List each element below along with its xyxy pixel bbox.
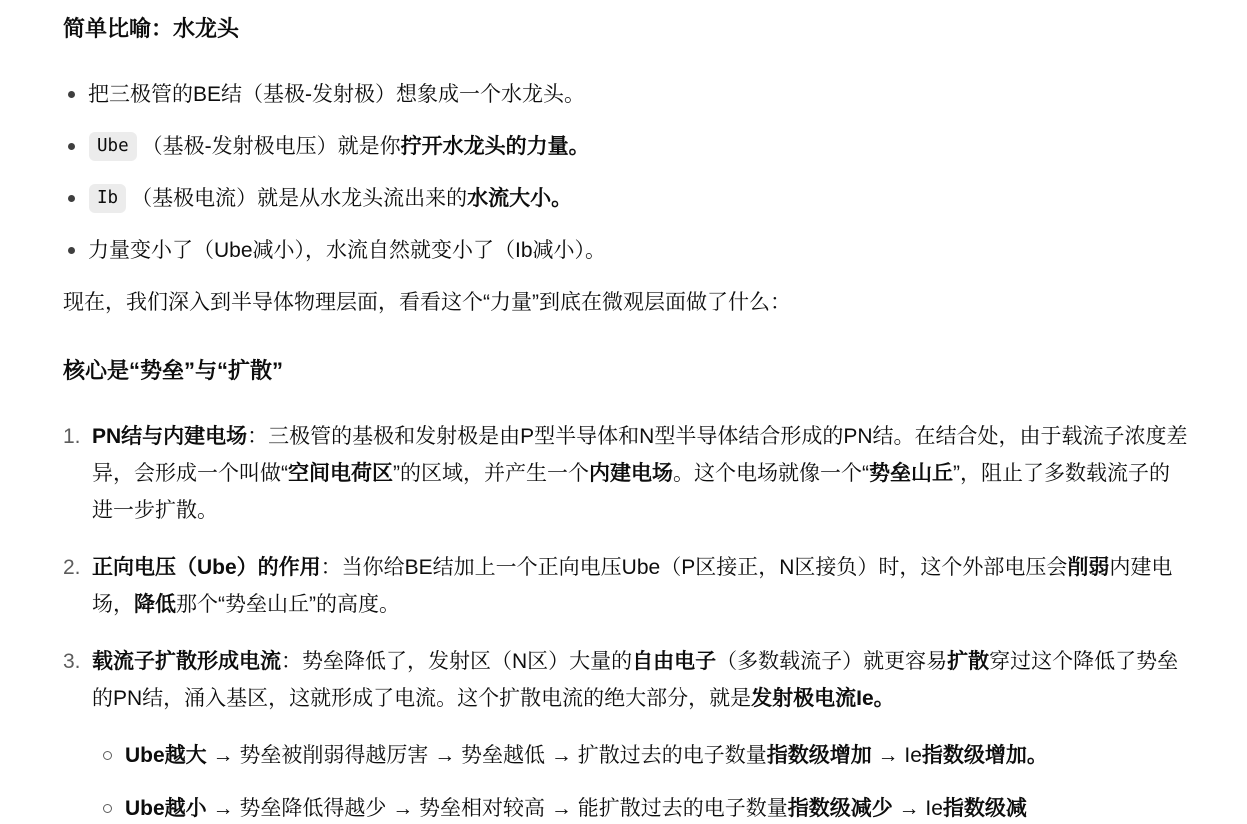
list-number: 1. [63,418,81,455]
bullet-icon [68,195,75,202]
bold-text: 水流大小。 [467,187,572,210]
list-number: 3. [63,643,81,680]
bold-text: 拧开水龙头的力量。 [401,135,590,158]
bold-text: 简单比喻：水龙头 [63,16,239,41]
list-item: 力量变小了（Ube减小），水流自然就变小了（Ib减小）。 [63,232,1190,269]
list-item: 把三极管的BE结（基极-发射极）想象成一个水龙头。 [63,76,1190,113]
bold-text: 势垒山丘 [869,462,953,485]
circle-bullet-icon [103,751,112,760]
text-run: 那个“势垒山丘”的高度。 [176,593,400,616]
section-heading-analogy: 简单比喻：水龙头 [63,15,1190,43]
text-run: 力量变小了（Ube减小），水流自然就变小了（Ib减小）。 [88,239,606,262]
inline-code: Ube [89,132,137,161]
bold-text: 削弱 [1067,556,1109,579]
bullet-icon [68,91,75,98]
bold-text: 空间电荷区 [288,462,393,485]
text-run: → Ie [893,797,943,820]
bold-text: 指数级增加 [767,744,872,767]
text-run: （基极-发射极电压）就是你 [142,135,401,158]
text-run: ：势垒降低了，发射区（N区）大量的 [281,650,632,673]
section-heading-core: 核心是“势垒”与“扩散” [63,357,1190,385]
bold-text: 内建电场 [589,462,673,485]
circle-bullet-icon [103,804,112,813]
bullet-icon [68,247,75,254]
text-run: （多数载流子）就更容易 [716,650,947,673]
list-item: Ube（基极-发射极电压）就是你拧开水龙头的力量。 [63,128,1190,165]
bold-text: 指数级减 [943,797,1027,820]
text-run: → 势垒降低得越少 → 势垒相对较高 → 能扩散过去的电子数量 [207,797,788,820]
numbered-list-item: 1.PN结与内建电场：三极管的基极和发射极是由P型半导体和N型半导体结合形成的P… [63,418,1190,529]
list-item: Ib（基极电流）就是从水龙头流出来的水流大小。 [63,180,1190,217]
sub-list-item: Ube越大 → 势垒被削弱得越厉害 → 势垒越低 → 扩散过去的电子数量指数级增… [92,737,1190,774]
bold-text: 载流子扩散形成电流 [92,650,281,673]
bullet-icon [68,143,75,150]
text-run: 现在，我们深入到半导体物理层面，看看这个“力量”到底在微观层面做了什么： [63,291,791,314]
document-content: 简单比喻：水龙头把三极管的BE结（基极-发射极）想象成一个水龙头。Ube（基极-… [0,0,1247,824]
bold-text: Ube越小 [125,797,207,820]
numbered-list: 1.PN结与内建电场：三极管的基极和发射极是由P型半导体和N型半导体结合形成的P… [63,418,1190,824]
bold-text: 正向电压（Ube）的作用 [92,556,321,579]
bold-text: PN结与内建电场 [92,425,247,448]
bold-text: 自由电子 [632,650,716,673]
bullet-list: 把三极管的BE结（基极-发射极）想象成一个水龙头。Ube（基极-发射极电压）就是… [63,76,1190,269]
bold-text: Ube越大 [125,744,207,767]
list-number: 2. [63,549,81,586]
bold-text: 发射极电流Ie。 [751,687,895,710]
text-run: 。这个电场就像一个“ [673,462,869,485]
inline-code: Ib [89,184,126,213]
sub-bullet-list: Ube越大 → 势垒被削弱得越厉害 → 势垒越低 → 扩散过去的电子数量指数级增… [92,737,1190,824]
text-run: ”的区域，并产生一个 [393,462,589,485]
text-run: ：当你给BE结加上一个正向电压Ube（P区接正，N区接负）时，这个外部电压会 [321,556,1068,579]
bold-text: 指数级减少 [788,797,893,820]
text-run: 把三极管的BE结（基极-发射极）想象成一个水龙头。 [88,83,585,106]
sub-list-item: Ube越小 → 势垒降低得越少 → 势垒相对较高 → 能扩散过去的电子数量指数级… [92,790,1190,824]
bold-text: 核心是“势垒”与“扩散” [63,358,283,383]
numbered-list-item: 3.载流子扩散形成电流：势垒降低了，发射区（N区）大量的自由电子（多数载流子）就… [63,643,1190,824]
paragraph: 现在，我们深入到半导体物理层面，看看这个“力量”到底在微观层面做了什么： [63,284,1190,321]
bold-text: 指数级增加。 [922,744,1048,767]
text-run: → Ie [872,744,922,767]
bold-text: 扩散 [947,650,989,673]
text-run: （基极电流）就是从水龙头流出来的 [131,187,467,210]
bold-text: 降低 [134,593,176,616]
text-run: → 势垒被削弱得越厉害 → 势垒越低 → 扩散过去的电子数量 [207,744,767,767]
numbered-list-item: 2.正向电压（Ube）的作用：当你给BE结加上一个正向电压Ube（P区接正，N区… [63,549,1190,623]
